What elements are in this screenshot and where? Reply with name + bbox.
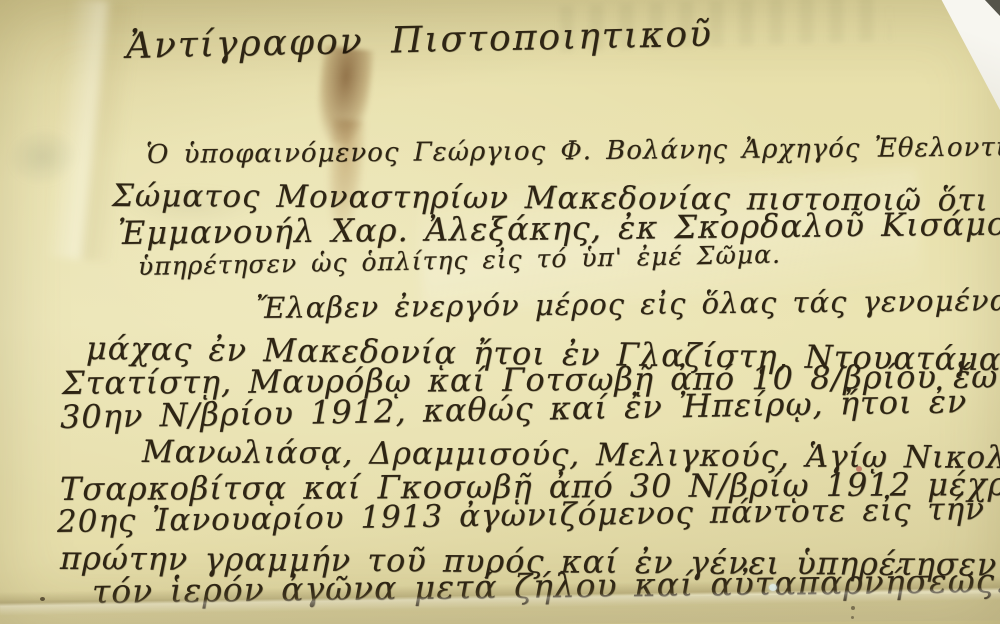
- paper-speck: [40, 597, 45, 601]
- paper-speck: [851, 606, 855, 610]
- bleedthrough-marks: [4, 123, 81, 190]
- scanned-document: Ἀντίγραφον Πιστοποιητικοῦ Ὁ ὑποφαινόμενο…: [0, 0, 1000, 624]
- paper-speck: [769, 584, 777, 591]
- paper-speck: [856, 466, 862, 472]
- paper-speck: [851, 616, 854, 619]
